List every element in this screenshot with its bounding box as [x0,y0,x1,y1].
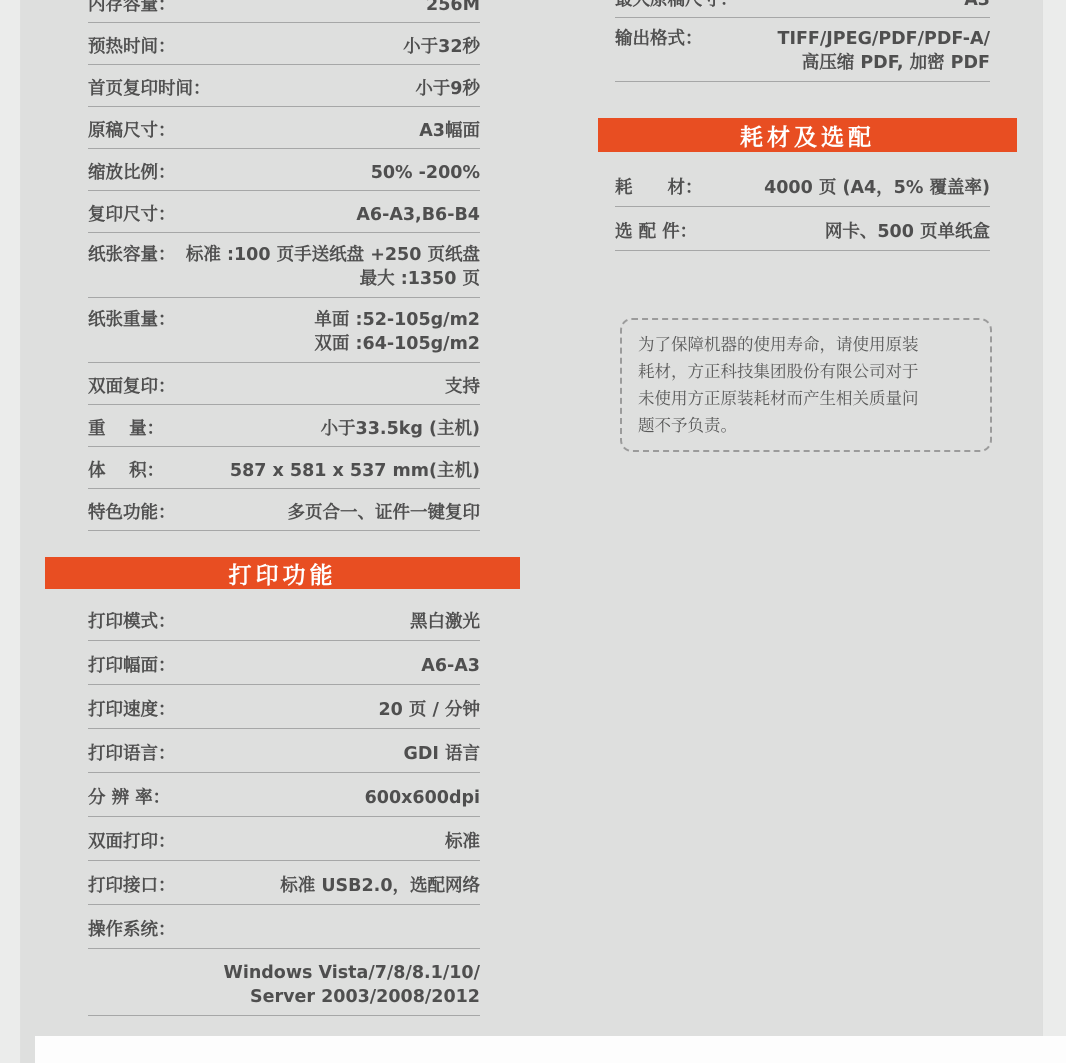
row-value: 小于9秒 [415,77,480,101]
row-label: 选 配 件： [615,220,697,244]
spec-sheet-page: 内存容量： 256M 预热时间： 小于32秒 首页复印时间： 小于9秒 原稿尺寸… [0,0,1066,1063]
row-value: Windows Vista/7/8/8.1/10/ [224,961,480,985]
table-row: 体 积： 587 x 581 x 537 mm(主机) [88,447,480,489]
row-label: 最大原稿尺寸： [615,0,738,12]
row-value: A6-A3 [421,654,480,678]
table-row: 首页复印时间： 小于9秒 [88,65,480,107]
row-value: Server 2003/2008/2012 [250,985,480,1009]
scan-spec-table: 最大原稿尺寸： A3 输出格式： TIFF/JPEG/PDF/PDF-A/ 高压… [615,0,990,82]
row-value: TIFF/JPEG/PDF/PDF-A/ [778,27,990,51]
section-header-supplies-label: 耗材及选配 [740,119,875,152]
table-row: 最大原稿尺寸： A3 [615,0,990,18]
section-header-supplies: 耗材及选配 [598,118,1017,152]
row-value: 高压缩 PDF, 加密 PDF [802,51,990,75]
copy-spec-table: 内存容量： 256M 预热时间： 小于32秒 首页复印时间： 小于9秒 原稿尺寸… [88,0,480,531]
row-label: 首页复印时间： [88,77,211,101]
row-value: 标准 [445,830,480,854]
row-label: 预热时间： [88,35,176,59]
row-label: 双面打印： [88,830,176,854]
table-row: 重 量： 小于33.5kg (主机) [88,405,480,447]
row-label: 操作系统： [88,918,176,942]
print-spec-table: 打印模式： 黑白激光 打印幅面： A6-A3 打印速度： 20 页 / 分钟 打… [88,597,480,1016]
next-section-background [35,1036,1066,1063]
row-label: 重 量： [88,417,164,441]
table-row: 纸张重量： 单面 :52-105g/m2 双面 :64-105g/m2 [88,298,480,363]
row-value: 小于33.5kg (主机) [321,417,480,441]
notice-text: 耗材，方正科技集团股份有限公司对于 [638,358,974,385]
row-label: 打印幅面： [88,654,176,678]
row-value: 587 x 581 x 537 mm(主机) [230,459,480,483]
section-header-print: 打印功能 [45,557,520,589]
row-value: 标准 :100 页手送纸盘 +250 页纸盘 [186,243,480,267]
row-value: 双面 :64-105g/m2 [314,332,480,356]
row-value: 600x600dpi [365,786,480,810]
row-value: 4000 页 (A4，5% 覆盖率) [764,176,990,200]
row-label: 缩放比例： [88,161,176,185]
row-value: 单面 :52-105g/m2 [314,308,480,332]
row-value-group: 标准 :100 页手送纸盘 +250 页纸盘 最大 :1350 页 [186,243,480,291]
table-row: 缩放比例： 50% -200% [88,149,480,191]
table-row: 耗 材： 4000 页 (A4，5% 覆盖率) [615,163,990,207]
table-row: Windows Vista/7/8/8.1/10/ Server 2003/20… [88,949,480,1016]
row-label: 打印模式： [88,610,176,634]
table-row: 纸张容量： 标准 :100 页手送纸盘 +250 页纸盘 最大 :1350 页 [88,233,480,298]
row-label: 双面复印： [88,375,176,399]
row-label: 分 辨 率： [88,786,170,810]
row-value: 小于32秒 [403,35,480,59]
table-row: 双面打印： 标准 [88,817,480,861]
supplies-table: 耗 材： 4000 页 (A4，5% 覆盖率) 选 配 件： 网卡、500 页单… [615,163,990,251]
table-row: 打印速度： 20 页 / 分钟 [88,685,480,729]
notice-box: 为了保障机器的使用寿命，请使用原装 耗材，方正科技集团股份有限公司对于 未使用方… [620,318,992,452]
table-row: 特色功能： 多页合一、证件一键复印 [88,489,480,531]
table-row: 打印模式： 黑白激光 [88,597,480,641]
table-row: 原稿尺寸： A3幅面 [88,107,480,149]
row-value: 50% -200% [371,161,480,185]
row-label: 特色功能： [88,501,176,525]
notice-text: 未使用方正原装耗材而产生相关质量问 [638,385,974,412]
row-value: 256M [426,0,480,17]
row-value-group: Windows Vista/7/8/8.1/10/ Server 2003/20… [224,961,480,1009]
page-right-margin [1042,0,1066,1063]
table-row: 双面复印： 支持 [88,363,480,405]
table-row: 预热时间： 小于32秒 [88,23,480,65]
row-label: 打印速度： [88,698,176,722]
row-label: 纸张容量： [88,243,176,267]
table-row: 选 配 件： 网卡、500 页单纸盒 [615,207,990,251]
row-value-group: 单面 :52-105g/m2 双面 :64-105g/m2 [314,308,480,356]
table-row: 输出格式： TIFF/JPEG/PDF/PDF-A/ 高压缩 PDF, 加密 P… [615,18,990,82]
row-label: 原稿尺寸： [88,119,176,143]
row-label: 输出格式： [615,27,703,51]
row-value: 网卡、500 页单纸盒 [825,220,990,244]
row-label: 耗 材： [615,176,703,200]
notice-text: 题不予负责。 [638,412,974,439]
row-label: 打印语言： [88,742,176,766]
row-value: 20 页 / 分钟 [378,698,480,722]
page-left-margin [0,0,21,1063]
row-value: A3幅面 [419,119,480,143]
table-row: 分 辨 率： 600x600dpi [88,773,480,817]
row-value: A6-A3,B6-B4 [356,203,480,227]
row-value: A3 [964,0,990,12]
row-label: 打印接口： [88,874,176,898]
row-value-group: TIFF/JPEG/PDF/PDF-A/ 高压缩 PDF, 加密 PDF [778,27,990,75]
row-label: 体 积： [88,459,164,483]
row-value: GDI 语言 [404,742,481,766]
row-label: 纸张重量： [88,308,176,332]
table-row: 复印尺寸： A6-A3,B6-B4 [88,191,480,233]
row-value: 最大 :1350 页 [360,267,480,291]
section-header-print-label: 打印功能 [229,557,337,590]
notice-text: 为了保障机器的使用寿命，请使用原装 [638,331,974,358]
table-row: 内存容量： 256M [88,0,480,23]
row-value: 标准 USB2.0，选配网络 [280,874,480,898]
row-value: 黑白激光 [410,610,480,634]
table-row: 打印语言： GDI 语言 [88,729,480,773]
table-row: 操作系统： [88,905,480,949]
row-label: 复印尺寸： [88,203,176,227]
row-value: 多页合一、证件一键复印 [288,501,481,525]
row-label: 内存容量： [88,0,176,17]
table-row: 打印幅面： A6-A3 [88,641,480,685]
row-value: 支持 [445,375,480,399]
table-row: 打印接口： 标准 USB2.0，选配网络 [88,861,480,905]
